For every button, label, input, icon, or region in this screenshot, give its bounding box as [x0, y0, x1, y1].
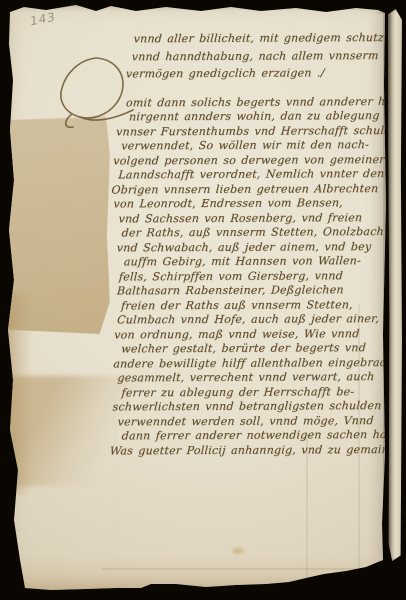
manuscript-line: omit dann solichs begerts vnnd annderer …	[126, 95, 402, 109]
manuscript-line: freien der Raths auß vnnserm Stetten,	[121, 298, 354, 312]
manuscript-line: dann ferrer anderer notwendigen sachen h…	[121, 428, 398, 442]
manuscript-line: von ordnung, maß vnnd weise, Wie vnnd	[114, 327, 360, 341]
manuscript-line: Obrigen vnnsern lieben getreuen Albrecht…	[111, 182, 379, 196]
manuscript-line: schwerlichsten vnnd betrangligsten schul…	[112, 399, 382, 413]
manuscript-line: vnnd aller billicheit, mit gnedigem schu…	[133, 31, 406, 46]
next-page-edge	[388, 9, 402, 561]
manuscript-line: vnd Sachssen von Rosenberg, vnd freien	[118, 211, 363, 225]
manuscript-line: welcher gestalt, berürte der begerts vnd	[121, 341, 367, 355]
manuscript-text: vnnd aller billicheit, mit gnedigem schu…	[4, 3, 387, 593]
manuscript-line: Was guetter Pollicij anhanngig, vnd zu g…	[109, 443, 406, 458]
photograph-black-backdrop: 143 vnnd aller billicheit, mit gnedigem …	[0, 0, 406, 600]
manuscript-line: vnd Schwabach, auß jeder ainem, vnd bey	[116, 240, 371, 254]
manuscript-line: gesammelt, verrechent vnnd verwart, auch	[117, 370, 375, 384]
manuscript-line: andere bewilligte hilff allenthalben ein…	[113, 356, 402, 371]
manuscript-line: ferrer zu ablegung der Herrschafft be-	[121, 385, 355, 399]
manuscript-line: auffm Gebirg, mit Hannsen von Wallen-	[123, 254, 361, 268]
manuscript-line: Balthasarn Rabensteiner, Deßgleichen	[117, 283, 345, 297]
manuscript-line: vnnser Furstenthumbs vnd Herrschafft sch…	[116, 124, 392, 138]
manuscript-line: fells, Schirpffen vom Giersberg, vnnd	[118, 269, 343, 283]
manuscript-line: verwenndet, So wöllen wir mit den nach-	[121, 138, 370, 152]
manuscript-page: 143 vnnd aller billicheit, mit gnedigem …	[6, 4, 386, 592]
manuscript-line: vermögen gnedigclich erzaigen ./	[125, 66, 325, 80]
manuscript-line: verwenndet werden soll, vnnd möge, Vnnd	[117, 414, 374, 428]
manuscript-line: volgend personen so derwegen von gemeine…	[113, 153, 385, 167]
manuscript-line: vnnd hanndthabung, nach allem vnnserm	[131, 49, 379, 63]
manuscript-line: nirgennt annders wohin, dan zu ablegung	[129, 109, 380, 123]
manuscript-line: Lanndschafft verordnet, Nemlich vnnter d…	[118, 167, 385, 181]
manuscript-line: Culmbach vnnd Hofe, auch auß jeder ainer…	[117, 312, 380, 326]
manuscript-line: von Leonrodt, Endressen vom Bensen,	[113, 196, 343, 210]
manuscript-line: der Raths, auß vnnserm Stetten, Onolzbac…	[121, 225, 384, 239]
